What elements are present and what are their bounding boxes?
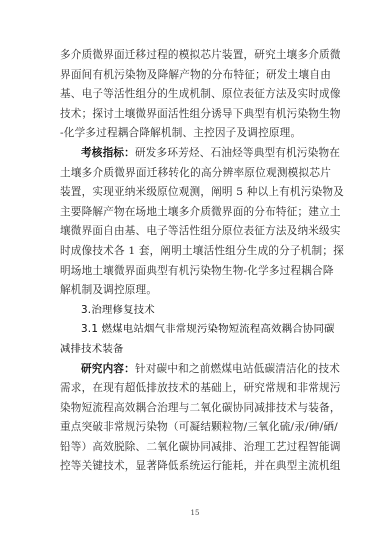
text-line: 主要降解产物在场地土壤多介质微界面的分布特征；建立土 <box>60 203 331 223</box>
text-line: 土壤多介质微界面迁移转化的高分辨率原位观测模拟芯片 <box>60 164 331 184</box>
text-line: 重点突破非常规污染物（可凝结颗粒物/三氧化硫/汞/砷/硒/ <box>60 418 331 438</box>
text-line: 解机制及调控原理。 <box>60 281 331 301</box>
page-body: 多介质微界面迁移过程的模拟芯片装置，研究土壤多介质微 界面间有机污染物及降解产物… <box>60 46 331 477</box>
text-line: 明场地土壤微界面典型有机污染物生物-化学多过程耦合降 <box>60 262 331 282</box>
text-line: 基、电子等活性组分的生成机制、原位表征方法及实时成像 <box>60 85 331 105</box>
research-label: 研究内容： <box>81 363 135 375</box>
assessment-paragraph-start: 考核指标：研发多环芳烃、石油烃等典型有机污染物在 <box>60 144 331 164</box>
text-line: 装置，实现亚纳米级原位观测，阐明 5 种以上有机污染物及 <box>60 183 331 203</box>
assessment-label: 考核指标： <box>81 147 135 159</box>
text-line: 界面间有机污染物及降解产物的分布特征；研发土壤自由 <box>60 66 331 86</box>
text-line: 铅等）高效脱除、二氧化碳协同减排、治理工艺过程智能调 <box>60 438 331 458</box>
text-span: 针对碳中和之前燃煤电站低碳清洁化的技术 <box>135 363 340 375</box>
research-paragraph-start: 研究内容：针对碳中和之前燃煤电站低碳清洁化的技术 <box>60 360 331 380</box>
text-line: -化学多过程耦合降解机制、主控因子及调控原理。 <box>60 124 331 144</box>
subsection-heading: 3.1 燃煤电站烟气非常规污染物短流程高效耦合协同碳 <box>60 320 331 340</box>
text-line: 控等关键技术，显著降低系统运行能耗，并在典型主流机组 <box>60 457 331 477</box>
text-line: 技术；探讨土壤微界面活性组分诱导下典型有机污染物生物 <box>60 105 331 125</box>
document-page: 多介质微界面迁移过程的模拟芯片装置，研究土壤多介质微 界面间有机污染物及降解产物… <box>0 0 390 551</box>
page-number: 15 <box>0 509 390 517</box>
text-line: 需求，在现有超低排放技术的基础上，研究常规和非常规污 <box>60 379 331 399</box>
text-line: 时成像技术各 1 套，阐明土壤活性组分生成的分子机制；探 <box>60 242 331 262</box>
text-span: 研发多环芳烃、石油烃等典型有机污染物在 <box>135 147 340 159</box>
text-line: 多介质微界面迁移过程的模拟芯片装置，研究土壤多介质微 <box>60 46 331 66</box>
text-line: 壤微界面自由基、电子等活性组分原位表征方法及纳米级实 <box>60 222 331 242</box>
text-line: 染物短流程高效耦合治理与二氧化碳协同减排技术与装备， <box>60 399 331 419</box>
section-heading: 3.治理修复技术 <box>60 301 331 321</box>
subsection-heading-continued: 减排技术装备 <box>60 340 331 360</box>
